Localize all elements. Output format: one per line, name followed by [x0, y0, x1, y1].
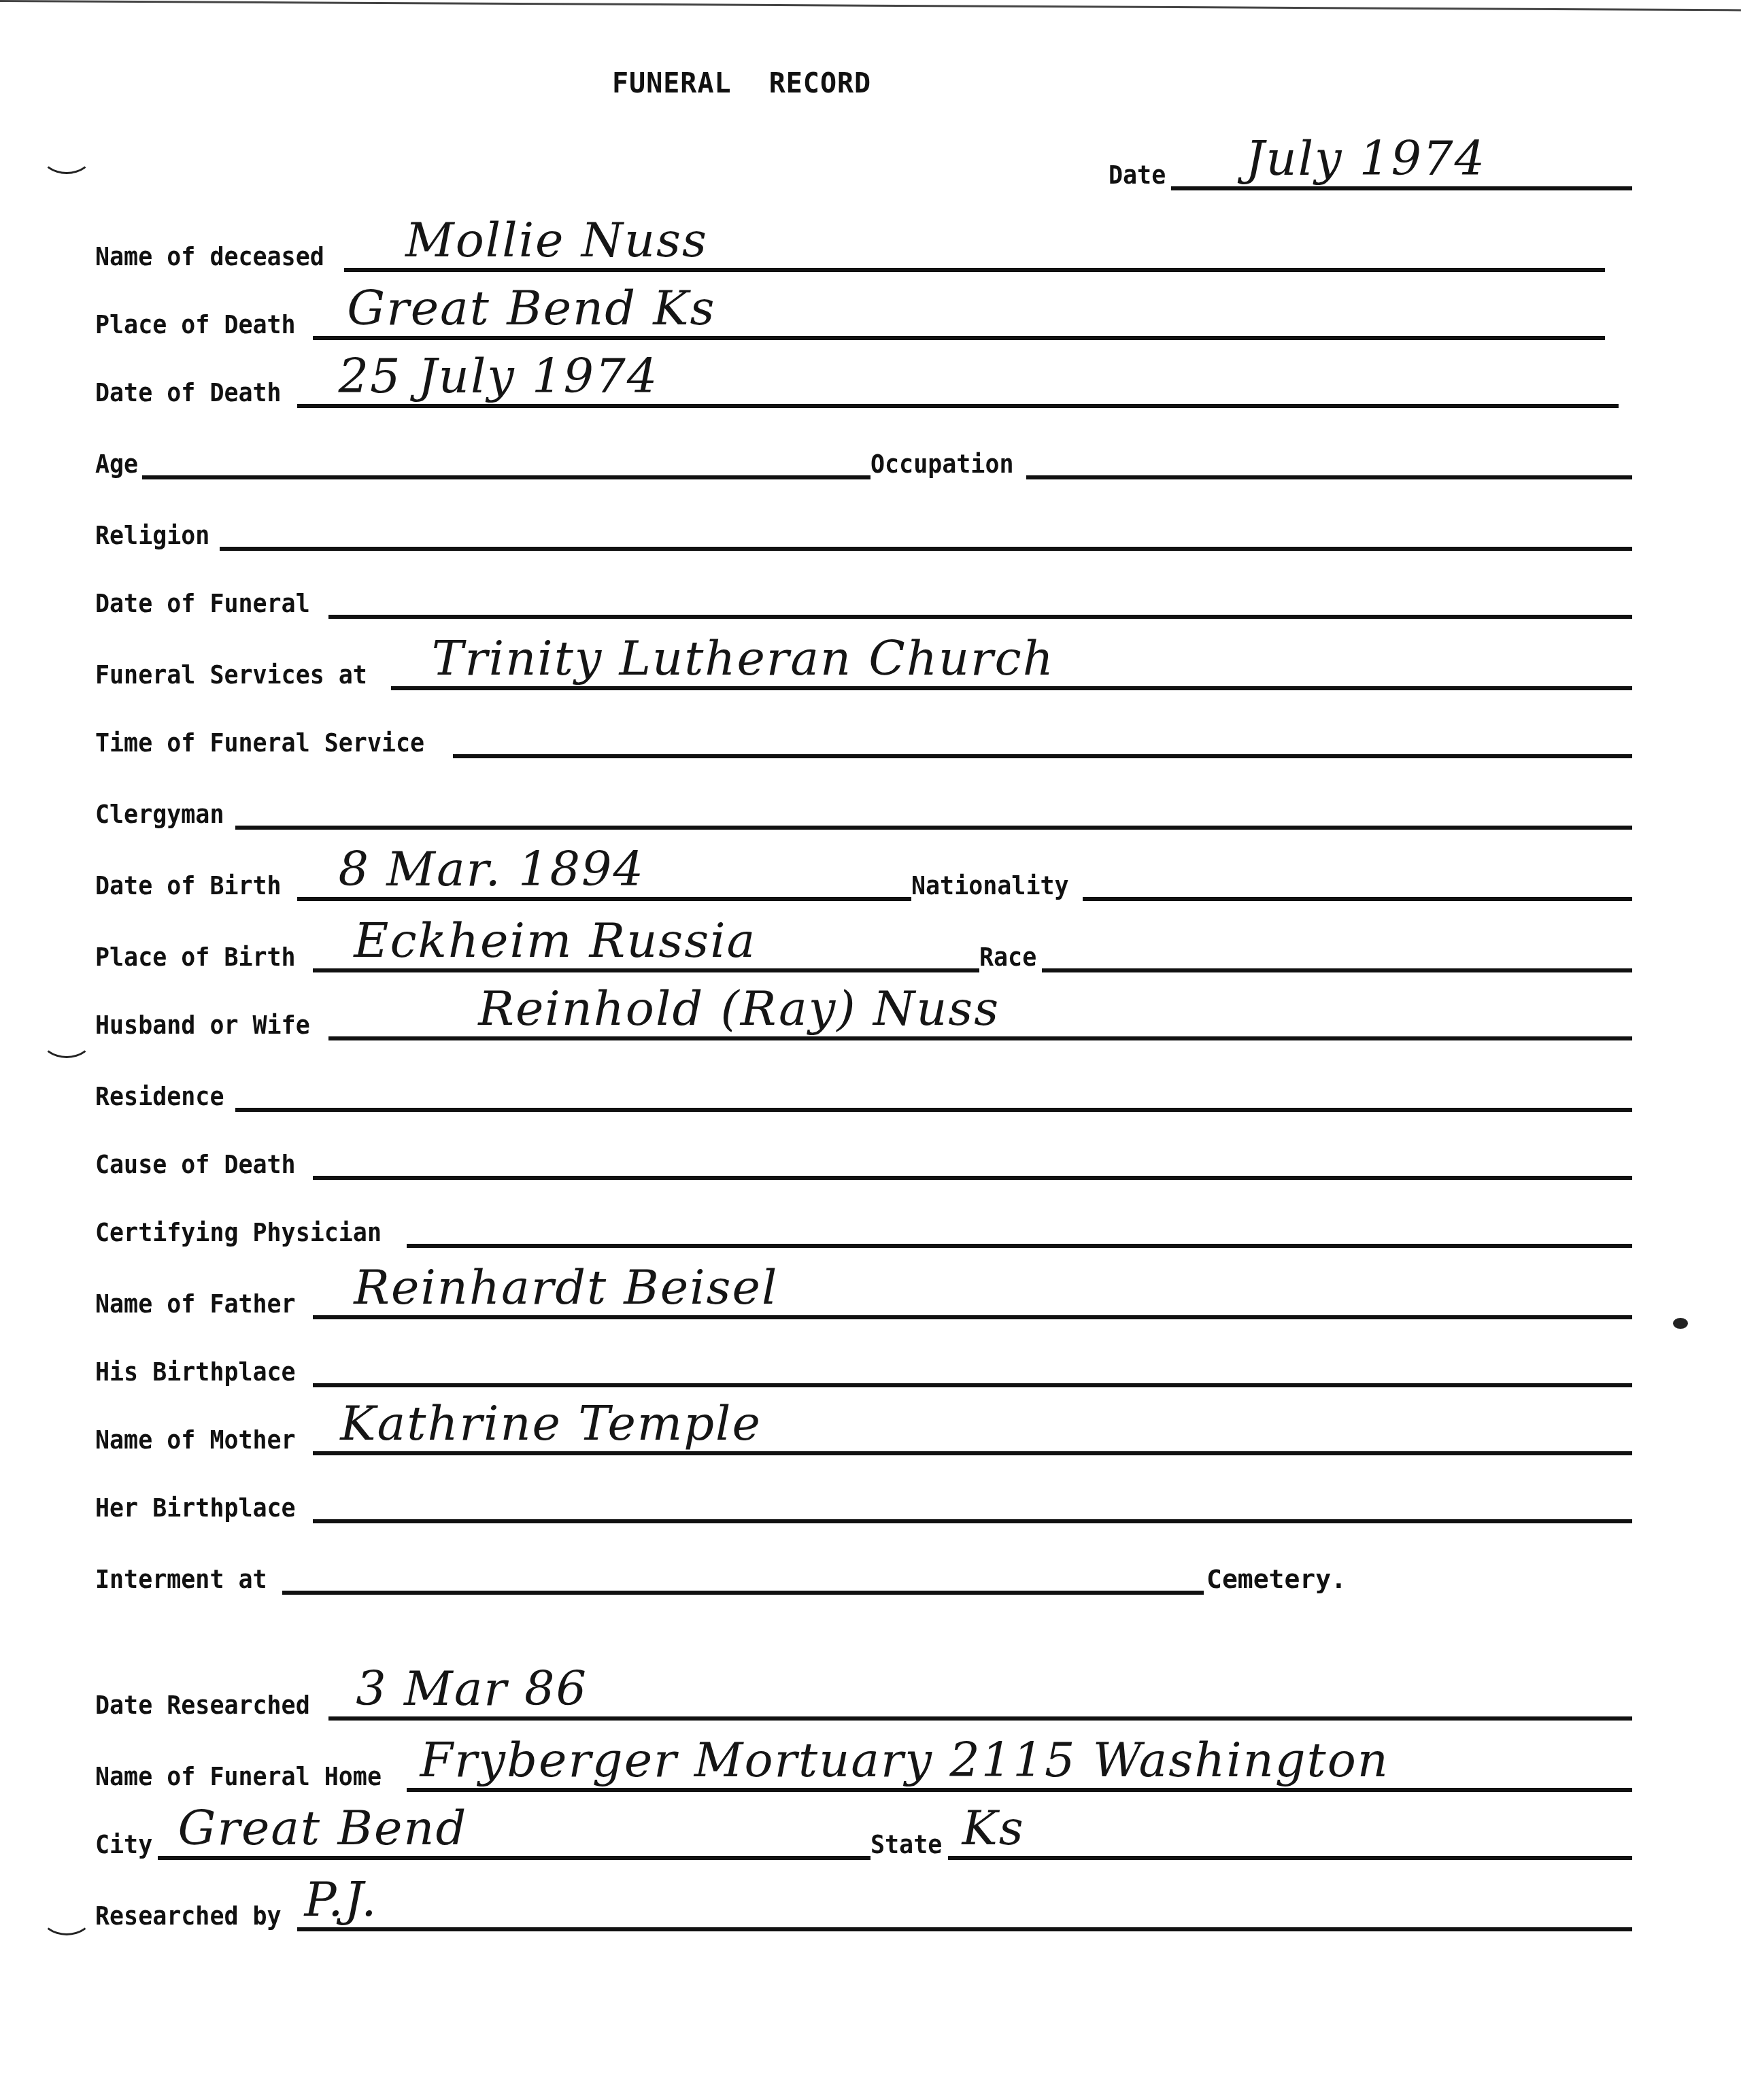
cause-of-death-label: Cause of Death — [95, 1151, 296, 1180]
age-label: Age — [95, 451, 138, 479]
funeral-services-at-row: Funeral Services at Trinity Lutheran Chu… — [95, 636, 1632, 690]
name-of-father-value: Reinhardt Beisel — [354, 1264, 778, 1311]
funeral-services-at-label: Funeral Services at — [95, 662, 367, 690]
punch-hole-mark — [41, 136, 92, 174]
interment-field[interactable]: Interment at Cemetery. — [95, 1536, 1347, 1595]
punch-hole-mark — [41, 1897, 92, 1935]
nationality-line — [1083, 843, 1632, 901]
name-of-deceased-value: Mollie Nuss — [405, 216, 708, 264]
funeral-record-page: FUNERAL RECORD Date July 1974 Name of de… — [0, 0, 1741, 2100]
funeral-home-field[interactable]: Name of Funeral Home Fryberger Mortuary … — [95, 1733, 1632, 1792]
name-of-mother-value: Kathrine Temple — [340, 1400, 762, 1447]
residence-label: Residence — [95, 1083, 224, 1112]
researched-by-row: Researched by P.J. — [95, 1877, 1632, 1931]
clergyman-label: Clergyman — [95, 801, 224, 830]
residence-field[interactable]: Residence — [95, 1053, 1632, 1112]
date-of-death-row: Date of Death 25 July 1974 — [95, 354, 1619, 408]
date-of-birth-value: 8 Mar. 1894 — [338, 845, 645, 893]
age-occupation-row: Age Occupation — [95, 425, 1632, 479]
race-field[interactable]: Race — [979, 914, 1632, 972]
husband-or-wife-label: Husband or Wife — [95, 1012, 310, 1040]
researched-by-label: Researched by — [95, 1903, 282, 1931]
name-of-mother-field[interactable]: Name of Mother Kathrine Temple — [95, 1397, 1632, 1455]
date-researched-field[interactable]: Date Researched 3 Mar 86 — [95, 1662, 1632, 1721]
funeral-home-label: Name of Funeral Home — [95, 1763, 382, 1792]
state-line: Ks — [948, 1801, 1632, 1860]
researched-by-line: P.J. — [297, 1873, 1632, 1931]
religion-line — [220, 492, 1632, 551]
date-researched-value: 3 Mar 86 — [356, 1665, 588, 1712]
city-value: Great Bend — [178, 1804, 468, 1852]
name-of-deceased-field[interactable]: Name of deceased Mollie Nuss — [95, 214, 1605, 272]
date-of-birth-line: 8 Mar. 1894 — [297, 843, 911, 901]
occupation-label: Occupation — [870, 451, 1013, 479]
date-researched-row: Date Researched 3 Mar 86 — [95, 1666, 1632, 1721]
date-researched-label: Date Researched — [95, 1692, 310, 1721]
date-of-funeral-label: Date of Funeral — [95, 590, 310, 619]
clergyman-line — [235, 771, 1632, 830]
place-of-birth-field[interactable]: Place of Birth Eckheim Russia — [95, 914, 979, 972]
her-birthplace-label: Her Birthplace — [95, 1495, 296, 1523]
age-field[interactable]: Age — [95, 421, 870, 479]
city-field[interactable]: City Great Bend — [95, 1801, 870, 1860]
date-field[interactable]: Date July 1974 — [1109, 132, 1632, 190]
date-of-funeral-line — [328, 560, 1632, 619]
husband-or-wife-value: Reinhold (Ray) Nuss — [478, 985, 1000, 1032]
time-of-funeral-service-label: Time of Funeral Service — [95, 730, 424, 758]
place-of-death-line: Great Bend Ks — [313, 282, 1605, 340]
interment-label: Interment at — [95, 1566, 267, 1595]
residence-row: Residence — [95, 1057, 1632, 1112]
time-of-funeral-service-row: Time of Funeral Service — [95, 704, 1632, 758]
his-birthplace-row: His Birthplace — [95, 1333, 1632, 1387]
name-of-mother-label: Name of Mother — [95, 1427, 296, 1455]
place-of-birth-value: Eckheim Russia — [354, 917, 756, 964]
date-line: July 1974 — [1171, 132, 1632, 190]
funeral-home-value: Fryberger Mortuary 2115 Washington — [420, 1736, 1389, 1784]
nationality-label: Nationality — [911, 873, 1069, 901]
cause-of-death-row: Cause of Death — [95, 1125, 1632, 1180]
funeral-services-at-value: Trinity Lutheran Church — [432, 634, 1055, 682]
funeral-services-at-line: Trinity Lutheran Church — [391, 632, 1632, 690]
name-of-father-field[interactable]: Name of Father Reinhardt Beisel — [95, 1261, 1632, 1319]
certifying-physician-field[interactable]: Certifying Physician — [95, 1189, 1632, 1248]
date-value: July 1974 — [1246, 135, 1486, 182]
occupation-line — [1026, 421, 1632, 479]
certifying-physician-row: Certifying Physician — [95, 1193, 1632, 1248]
his-birthplace-label: His Birthplace — [95, 1359, 296, 1387]
city-line: Great Bend — [158, 1801, 870, 1860]
cause-of-death-field[interactable]: Cause of Death — [95, 1121, 1632, 1180]
race-line — [1042, 914, 1632, 972]
state-label: State — [870, 1831, 942, 1860]
certifying-physician-line — [407, 1189, 1632, 1248]
city-state-row: City Great Bend State Ks — [95, 1806, 1632, 1860]
name-of-father-row: Name of Father Reinhardt Beisel — [95, 1265, 1632, 1319]
interment-row: Interment at Cemetery. — [95, 1540, 1347, 1595]
date-of-funeral-row: Date of Funeral — [95, 564, 1632, 619]
city-label: City — [95, 1831, 152, 1860]
race-label: Race — [979, 944, 1036, 972]
date-of-birth-field[interactable]: Date of Birth 8 Mar. 1894 — [95, 843, 911, 901]
nationality-field[interactable]: Nationality — [911, 843, 1632, 901]
ink-blot — [1673, 1318, 1688, 1329]
date-of-death-line: 25 July 1974 — [297, 350, 1619, 408]
certifying-physician-label: Certifying Physician — [95, 1219, 382, 1248]
his-birthplace-field[interactable]: His Birthplace — [95, 1329, 1632, 1387]
husband-or-wife-field[interactable]: Husband or Wife Reinhold (Ray) Nuss — [95, 982, 1632, 1040]
scan-edge-line — [0, 0, 1741, 11]
place-of-birth-race-row: Place of Birth Eckheim Russia Race — [95, 918, 1632, 972]
his-birthplace-line — [313, 1329, 1632, 1387]
place-of-death-label: Place of Death — [95, 311, 296, 340]
occupation-field[interactable]: Occupation — [870, 421, 1632, 479]
researched-by-value: P.J. — [304, 1876, 377, 1923]
date-of-birth-nationality-row: Date of Birth 8 Mar. 1894 Nationality — [95, 847, 1632, 901]
punch-hole-mark — [41, 1020, 92, 1058]
state-value: Ks — [962, 1804, 1024, 1852]
date-of-death-label: Date of Death — [95, 379, 282, 408]
name-of-deceased-line: Mollie Nuss — [344, 214, 1605, 272]
date-of-funeral-field[interactable]: Date of Funeral — [95, 560, 1632, 619]
cause-of-death-line — [313, 1121, 1632, 1180]
residence-line — [235, 1053, 1632, 1112]
place-of-birth-line: Eckheim Russia — [313, 914, 979, 972]
researched-by-field[interactable]: Researched by P.J. — [95, 1873, 1632, 1931]
clergyman-field[interactable]: Clergyman — [95, 771, 1632, 830]
funeral-home-line: Fryberger Mortuary 2115 Washington — [407, 1733, 1632, 1792]
time-of-funeral-service-field[interactable]: Time of Funeral Service — [95, 700, 1632, 758]
name-of-mother-line: Kathrine Temple — [313, 1397, 1632, 1455]
date-of-death-field[interactable]: Date of Death 25 July 1974 — [95, 350, 1619, 408]
funeral-home-row: Name of Funeral Home Fryberger Mortuary … — [95, 1738, 1632, 1792]
name-of-father-line: Reinhardt Beisel — [313, 1261, 1632, 1319]
date-label: Date — [1109, 162, 1166, 190]
husband-or-wife-line: Reinhold (Ray) Nuss — [328, 982, 1632, 1040]
time-of-funeral-service-line — [453, 700, 1632, 758]
place-of-death-row: Place of Death Great Bend Ks — [95, 286, 1605, 340]
place-of-birth-label: Place of Birth — [95, 944, 296, 972]
age-line — [142, 421, 870, 479]
date-row: Date July 1974 — [1109, 136, 1632, 190]
husband-or-wife-row: Husband or Wife Reinhold (Ray) Nuss — [95, 986, 1632, 1040]
date-of-death-value: 25 July 1974 — [338, 352, 658, 400]
cemetery-suffix-label: Cemetery. — [1204, 1566, 1347, 1595]
place-of-death-value: Great Bend Ks — [347, 284, 715, 332]
place-of-death-field[interactable]: Place of Death Great Bend Ks — [95, 282, 1605, 340]
name-of-deceased-label: Name of deceased — [95, 243, 324, 272]
state-field[interactable]: State Ks — [870, 1801, 1632, 1860]
religion-row: Religion — [95, 496, 1632, 551]
date-of-birth-label: Date of Birth — [95, 873, 282, 901]
her-birthplace-field[interactable]: Her Birthplace — [95, 1465, 1632, 1523]
name-of-deceased-row: Name of deceased Mollie Nuss — [95, 218, 1605, 272]
religion-field[interactable]: Religion — [95, 492, 1632, 551]
her-birthplace-line — [313, 1465, 1632, 1523]
name-of-mother-row: Name of Mother Kathrine Temple — [95, 1401, 1632, 1455]
interment-line — [282, 1536, 1204, 1595]
page-title: FUNERAL RECORD — [612, 68, 871, 99]
funeral-services-at-field[interactable]: Funeral Services at Trinity Lutheran Chu… — [95, 632, 1632, 690]
clergyman-row: Clergyman — [95, 775, 1632, 830]
her-birthplace-row: Her Birthplace — [95, 1469, 1632, 1523]
date-researched-line: 3 Mar 86 — [328, 1662, 1632, 1721]
name-of-father-label: Name of Father — [95, 1291, 296, 1319]
religion-label: Religion — [95, 522, 209, 551]
